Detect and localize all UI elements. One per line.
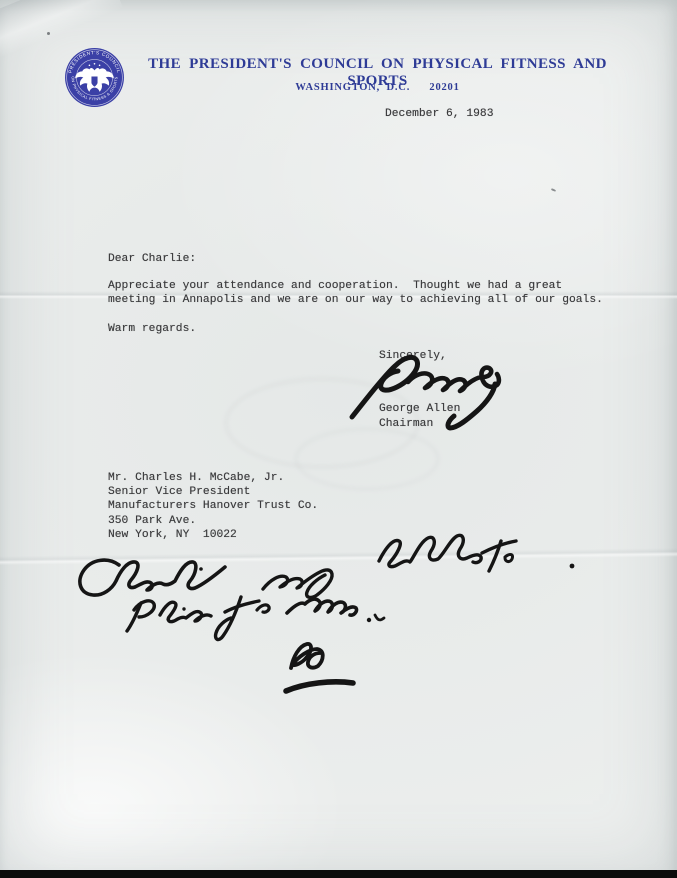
handwritten-note-line1	[80, 535, 575, 597]
body-line-1: Appreciate your attendance and cooperati…	[108, 280, 562, 292]
letter-body: Appreciate your attendance and cooperati…	[108, 279, 603, 307]
closing: Sincerely,	[379, 349, 447, 363]
presidents-council-seal-icon: PRESIDENT'S COUNCIL ON PHYSICAL FITNESS …	[63, 46, 126, 109]
closing-informal: Warm regards.	[108, 322, 196, 336]
note-transcript-line2: Phil for me.	[0, 0, 1, 1]
letter-page: PRESIDENT'S COUNCIL ON PHYSICAL FITNESS …	[0, 0, 677, 878]
paper-crease	[0, 548, 677, 566]
signer-title: Chairman	[379, 417, 433, 431]
signature-transcript: George	[0, 0, 1, 1]
recipient-street: 350 Park Ave.	[108, 515, 196, 527]
salutation: Dear Charlie:	[108, 252, 196, 266]
scan-edge-bar	[0, 870, 677, 878]
letter-date: December 6, 1983	[385, 107, 493, 121]
letterhead-address: WASHINGTON, D.C. 20201	[120, 82, 635, 93]
body-line-2: meeting in Annapolis and we are on our w…	[108, 294, 603, 306]
paper-speck	[47, 32, 50, 35]
note-transcript-line1: Charlie say hello to	[0, 0, 1, 1]
recipient-company: Manufacturers Hanover Trust Co.	[108, 500, 318, 512]
signer-name: George Allen	[379, 402, 460, 416]
recipient-title: Senior Vice President	[108, 486, 250, 498]
handwritten-initials	[286, 644, 353, 691]
recipient-address: Mr. Charles H. McCabe, Jr.Senior Vice Pr…	[108, 471, 318, 542]
handwritten-note-line2	[127, 597, 384, 640]
paper-speck	[551, 188, 556, 192]
recipient-name: Mr. Charles H. McCabe, Jr.	[108, 472, 284, 484]
note-transcript-initials: GA	[0, 0, 1, 1]
recipient-city: New York, NY 10022	[108, 529, 237, 541]
